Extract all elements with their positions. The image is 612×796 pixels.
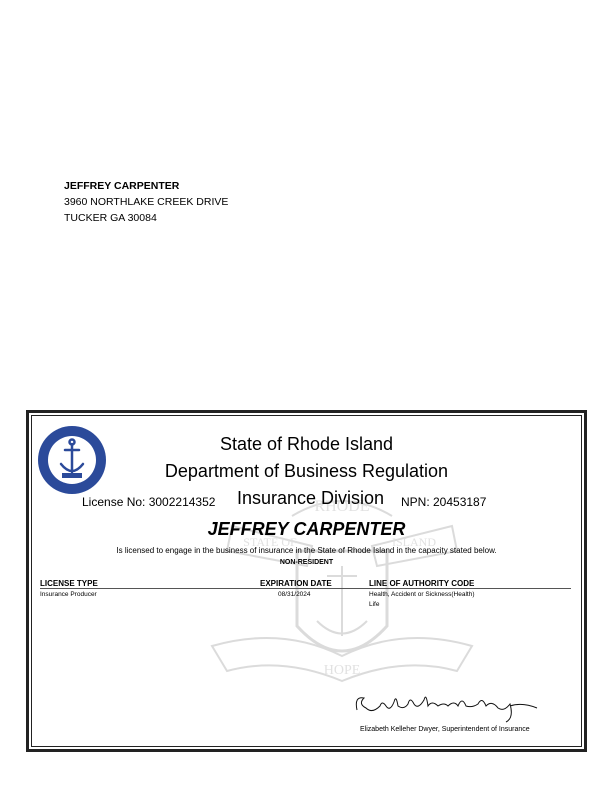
state-title: State of Rhode Island (32, 434, 581, 455)
department-title: Department of Business Regulation (32, 461, 581, 482)
license-number: License No: 3002214352 (82, 495, 215, 509)
column-header-line-of-authority: LINE OF AUTHORITY CODE (369, 579, 474, 588)
license-statement: Is licensed to engage in the business of… (32, 546, 581, 555)
license-type-value: Insurance Producer (40, 590, 97, 600)
recipient-city-state-zip: TUCKER GA 30084 (64, 210, 228, 226)
column-header-expiration-date: EXPIRATION DATE (260, 579, 332, 588)
loa-value-life: Life (369, 600, 379, 610)
loa-value-health: Health, Accident or Sickness(Health) (369, 590, 475, 600)
license-holder-name: JEFFREY CARPENTER (32, 519, 581, 540)
signature-caption: Elizabeth Kelleher Dwyer, Superintendent… (360, 726, 530, 733)
certificate-inner-border: RHODE STATE OF ISLAND HOPE State of Rhod… (31, 415, 582, 747)
signature-icon (352, 688, 542, 726)
expiration-date-value: 08/31/2024 (278, 590, 311, 600)
column-header-license-type: LICENSE TYPE (40, 579, 98, 588)
recipient-name: JEFFREY CARPENTER (64, 178, 228, 194)
division-title: Insurance Division (237, 488, 384, 509)
svg-text:HOPE: HOPE (324, 663, 361, 678)
mailing-address: JEFFREY CARPENTER 3960 NORTHLAKE CREEK D… (64, 178, 228, 226)
npn-number: NPN: 20453187 (401, 495, 486, 509)
license-certificate: RHODE STATE OF ISLAND HOPE State of Rhod… (26, 410, 587, 752)
recipient-street: 3960 NORTHLAKE CREEK DRIVE (64, 194, 228, 210)
residency-status: NON-RESIDENT (32, 559, 581, 566)
header-divider (40, 588, 571, 589)
